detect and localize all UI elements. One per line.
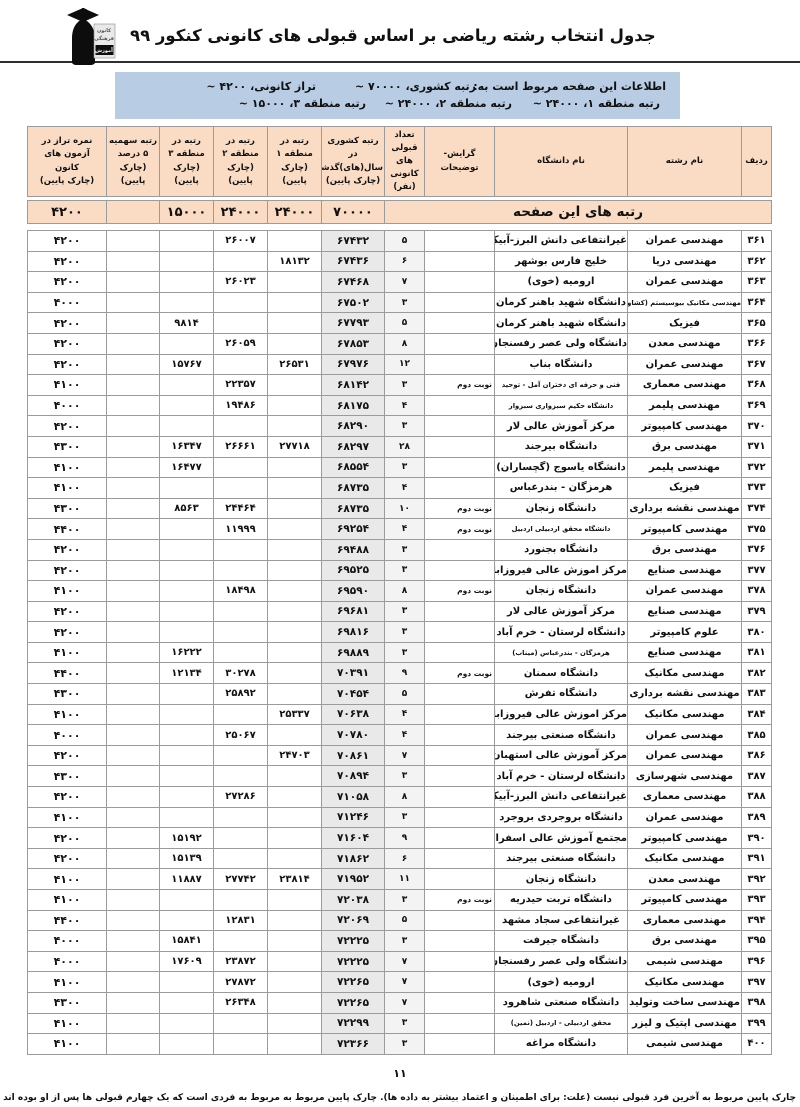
- table-row: ۳۸۱مهندسی صنایعهرمزگان - بندرعباس (میناب…: [28, 642, 772, 663]
- col-header-count: تعداد قبولی های کانونی (نفر): [385, 127, 425, 197]
- cell-region1-rank: ۲۳۸۱۴: [268, 869, 322, 890]
- cell-national-rank: ۷۰۶۳۸: [322, 704, 385, 725]
- cell-major: مهندسی مکانیک: [628, 663, 742, 684]
- cell-row-number: ۳۸۱: [742, 642, 772, 663]
- cell-university: دانشگاه صنعتی بیرجند: [495, 848, 628, 869]
- cell-region1-rank: [268, 1034, 322, 1055]
- cell-region3-rank: [160, 684, 214, 705]
- cell-region1-rank: ۲۶۵۳۱: [268, 354, 322, 375]
- cell-note: [425, 972, 495, 993]
- cell-major: فیزیک: [628, 478, 742, 499]
- kanoon-logo-icon: كانون فرهنگی آموزش: [63, 4, 119, 68]
- cell-note: [425, 1034, 495, 1055]
- cell-count: ۶: [385, 848, 425, 869]
- cell-row-number: ۳۶۳: [742, 272, 772, 293]
- cell-major: مهندسی برق: [628, 931, 742, 952]
- cell-score: ۴۳۰۰: [28, 766, 107, 787]
- cell-university: دانشگاه جیرفت: [495, 931, 628, 952]
- table-row: ۳۹۶مهندسی شیمیدانشگاه ولی عصر رفسنجان۷۷۲…: [28, 951, 772, 972]
- cell-region1-rank: [268, 910, 322, 931]
- cell-region3-rank: [160, 622, 214, 643]
- table-row: ۳۶۷مهندسی عمراندانشگاه بناب۱۲۶۷۹۷۶۲۶۵۳۱۱…: [28, 354, 772, 375]
- table-row: ۳۹۸مهندسی ساخت وتولیددانشگاه صنعتی شاهرو…: [28, 992, 772, 1013]
- cell-count: ۴: [385, 704, 425, 725]
- table-row: ۳۹۴مهندسی معماریغیرانتفاعی سجاد مشهد۵۷۲۰…: [28, 910, 772, 931]
- cell-university: خلیج فارس بوشهر: [495, 251, 628, 272]
- cell-national-rank: ۶۷۴۶۸: [322, 272, 385, 293]
- cell-note: [425, 704, 495, 725]
- cell-note: [425, 807, 495, 828]
- cell-major: مهندسی کامپیوتر: [628, 519, 742, 540]
- cell-quota5-rank: [107, 684, 160, 705]
- page-title: جدول انتخاب رشته ریاضی بر اساس قبولی های…: [130, 26, 770, 45]
- cell-count: ۳: [385, 1034, 425, 1055]
- cell-major: مهندسی معماری: [628, 787, 742, 808]
- cell-quota5-rank: [107, 951, 160, 972]
- cell-row-number: ۳۹۲: [742, 869, 772, 890]
- cell-university: غیرانتفاعی دانش البرز-آبیک: [495, 231, 628, 252]
- cell-note: نوبت دوم: [425, 581, 495, 602]
- cell-score: ۴۱۰۰: [28, 457, 107, 478]
- cell-note: [425, 745, 495, 766]
- cell-region2-rank: [214, 601, 268, 622]
- cell-quota5-rank: [107, 828, 160, 849]
- cell-national-rank: ۶۷۸۵۳: [322, 333, 385, 354]
- cell-university: دانشگاه بیرجند: [495, 436, 628, 457]
- cell-major: مهندسی صنایع: [628, 560, 742, 581]
- cell-region1-rank: [268, 272, 322, 293]
- cell-note: نوبت دوم: [425, 663, 495, 684]
- cell-count: ۳: [385, 416, 425, 437]
- cell-university: مرکز آموزش عالی لار: [495, 416, 628, 437]
- cell-region3-rank: [160, 519, 214, 540]
- cell-major: مهندسی شهرسازی: [628, 766, 742, 787]
- column-header-row: ردیف نام رشته نام دانشگاه گرایش-توضیحات …: [28, 127, 772, 197]
- cell-major: مهندسی پلیمر: [628, 457, 742, 478]
- cell-university: دانشگاه زنجان: [495, 581, 628, 602]
- cell-note: [425, 931, 495, 952]
- cell-region3-rank: [160, 539, 214, 560]
- cell-quota5-rank: [107, 519, 160, 540]
- cell-university: دانشگاه زنجان: [495, 869, 628, 890]
- page-header: كانون فرهنگی آموزش جدول انتخاب رشته ریاض…: [0, 0, 800, 63]
- cell-national-rank: ۶۸۲۹۰: [322, 416, 385, 437]
- cell-national-rank: ۷۰۸۶۱: [322, 745, 385, 766]
- cell-region3-rank: ۱۵۱۳۹: [160, 848, 214, 869]
- cell-score: ۴۱۰۰: [28, 807, 107, 828]
- cell-row-number: ۳۷۲: [742, 457, 772, 478]
- cell-region1-rank: [268, 787, 322, 808]
- cell-quota5-rank: [107, 972, 160, 993]
- cell-national-rank: ۷۰۸۹۴: [322, 766, 385, 787]
- footer-note: چارک پایین مربوط به آخرین فرد قبولی نیست…: [4, 1093, 796, 1103]
- cell-quota5-rank: [107, 992, 160, 1013]
- cell-region3-rank: [160, 704, 214, 725]
- cell-national-rank: ۶۹۸۱۶: [322, 622, 385, 643]
- info-national-rank: رتبه کشوری، ۷۰۰۰۰ ~: [316, 80, 476, 93]
- cell-count: ۵: [385, 910, 425, 931]
- cell-national-rank: ۷۲۰۳۸: [322, 890, 385, 911]
- cell-university: دانشگاه بناب: [495, 354, 628, 375]
- cell-region3-rank: [160, 787, 214, 808]
- cell-region1-rank: [268, 395, 322, 416]
- table-row: ۳۹۱مهندسی مکانیکدانشگاه صنعتی بیرجند۶۷۱۸…: [28, 848, 772, 869]
- cell-region3-rank: [160, 766, 214, 787]
- cell-region1-rank: [268, 498, 322, 519]
- cell-quota5-rank: [107, 539, 160, 560]
- cell-region2-rank: [214, 313, 268, 334]
- cell-note: [425, 910, 495, 931]
- cell-region3-rank: ۱۲۱۳۴: [160, 663, 214, 684]
- cell-university: مرکز آموزش عالی استهبان: [495, 745, 628, 766]
- cell-major: مهندسی صنایع: [628, 642, 742, 663]
- cell-region2-rank: ۲۶۰۰۷: [214, 231, 268, 252]
- cell-region1-rank: [268, 848, 322, 869]
- cell-region2-rank: [214, 416, 268, 437]
- col-header-region2: رتبه در منطقه ۲ (چارک پایین): [214, 127, 268, 197]
- info-row-1: اطلاعات این صفحه مربوط است به: رتبه کشور…: [123, 78, 666, 95]
- col-header-national: رتبه کشوری در سال(های)گذشته (چارک پایین): [322, 127, 385, 197]
- cell-national-rank: ۶۷۹۷۶: [322, 354, 385, 375]
- cell-national-rank: ۶۹۶۸۱: [322, 601, 385, 622]
- cell-region1-rank: [268, 951, 322, 972]
- cell-region2-rank: ۲۶۰۲۳: [214, 272, 268, 293]
- cell-region2-rank: [214, 828, 268, 849]
- cell-major: مهندسی عمران: [628, 581, 742, 602]
- cell-major: مهندسی معدن: [628, 869, 742, 890]
- cell-row-number: ۳۷۰: [742, 416, 772, 437]
- cell-region3-rank: ۸۵۶۳: [160, 498, 214, 519]
- cell-university: دانشگاه صنعتی بیرجند: [495, 725, 628, 746]
- table-row: ۳۸۰علوم کامپیوتردانشگاه لرستان - خرم آبا…: [28, 622, 772, 643]
- cell-note: [425, 642, 495, 663]
- cell-quota5-rank: [107, 890, 160, 911]
- results-tbody: ۳۶۱مهندسی عمرانغیرانتفاعی دانش البرز-آبی…: [28, 231, 772, 1055]
- cell-count: ۹: [385, 663, 425, 684]
- cell-note: [425, 787, 495, 808]
- table-row: ۳۶۱مهندسی عمرانغیرانتفاعی دانش البرز-آبی…: [28, 231, 772, 252]
- cell-university: دانشگاه یاسوج (گچساران): [495, 457, 628, 478]
- cell-note: [425, 395, 495, 416]
- cell-row-number: ۳۷۹: [742, 601, 772, 622]
- cell-count: ۳: [385, 292, 425, 313]
- cell-national-rank: ۷۲۲۶۵: [322, 972, 385, 993]
- cell-row-number: ۳۶۷: [742, 354, 772, 375]
- cell-university: دانشگاه تفرش: [495, 684, 628, 705]
- cell-region3-rank: [160, 745, 214, 766]
- cell-row-number: ۳۶۴: [742, 292, 772, 313]
- cell-region2-rank: [214, 931, 268, 952]
- cell-region1-rank: [268, 539, 322, 560]
- table-row: ۳۷۱مهندسی برقدانشگاه بیرجند۲۸۶۸۲۹۷۲۷۷۱۸۲…: [28, 436, 772, 457]
- cell-row-number: ۳۸۹: [742, 807, 772, 828]
- cell-region2-rank: [214, 478, 268, 499]
- cell-quota5-rank: [107, 292, 160, 313]
- cell-national-rank: ۷۲۲۹۹: [322, 1013, 385, 1034]
- table-row: ۳۷۵مهندسی کامپیوتردانشگاه محقق اردبیلی ا…: [28, 519, 772, 540]
- cell-row-number: ۳۷۸: [742, 581, 772, 602]
- cell-count: ۳: [385, 375, 425, 396]
- cell-count: ۳: [385, 931, 425, 952]
- cell-region2-rank: ۲۵۰۶۷: [214, 725, 268, 746]
- cell-national-rank: ۷۲۰۶۹: [322, 910, 385, 931]
- cell-national-rank: ۷۲۲۲۵: [322, 931, 385, 952]
- cell-national-rank: ۶۸۲۹۷: [322, 436, 385, 457]
- cell-note: [425, 539, 495, 560]
- cell-national-rank: ۷۱۰۵۸: [322, 787, 385, 808]
- cell-score: ۴۱۰۰: [28, 869, 107, 890]
- cell-university: دانشگاه ولی عصر رفسنجان: [495, 333, 628, 354]
- cell-national-rank: ۶۸۷۳۵: [322, 498, 385, 519]
- info-region3-rank: رتبه منطقه ۳، ۱۵۰۰۰ ~: [216, 97, 366, 110]
- cell-row-number: ۳۸۴: [742, 704, 772, 725]
- cell-region1-rank: [268, 457, 322, 478]
- cell-row-number: ۳۷۴: [742, 498, 772, 519]
- cell-region2-rank: [214, 622, 268, 643]
- cell-region3-rank: [160, 992, 214, 1013]
- cell-score: ۴۲۰۰: [28, 848, 107, 869]
- cell-region3-rank: ۱۷۶۰۹: [160, 951, 214, 972]
- cell-major: مهندسی کامپیوتر: [628, 890, 742, 911]
- cell-region1-rank: [268, 416, 322, 437]
- cell-national-rank: ۶۷۷۹۳: [322, 313, 385, 334]
- cell-quota5-rank: [107, 1034, 160, 1055]
- cell-note: [425, 622, 495, 643]
- table-row: ۳۸۷مهندسی شهرسازیدانشگاه لرستان - خرم آب…: [28, 766, 772, 787]
- cell-major: مهندسی شیمی: [628, 951, 742, 972]
- cell-region1-rank: [268, 684, 322, 705]
- cell-region2-rank: ۱۸۴۹۸: [214, 581, 268, 602]
- cell-major: مهندسی پلیمر: [628, 395, 742, 416]
- cell-region3-rank: ۱۶۳۴۷: [160, 436, 214, 457]
- cell-university: محقق اردبیلی - اردبیل (نمین): [495, 1013, 628, 1034]
- cell-major: مهندسی برق: [628, 539, 742, 560]
- cell-score: ۴۲۰۰: [28, 745, 107, 766]
- cell-note: [425, 848, 495, 869]
- cell-count: ۷: [385, 992, 425, 1013]
- cell-national-rank: ۷۱۶۰۴: [322, 828, 385, 849]
- cell-score: ۴۳۰۰: [28, 498, 107, 519]
- cell-note: [425, 992, 495, 1013]
- cell-row-number: ۳۸۶: [742, 745, 772, 766]
- cell-score: ۴۱۰۰: [28, 890, 107, 911]
- cell-quota5-rank: [107, 498, 160, 519]
- cell-national-rank: ۷۲۲۶۵: [322, 992, 385, 1013]
- cell-score: ۴۲۰۰: [28, 354, 107, 375]
- logo-caption-2: فرهنگی: [94, 35, 114, 42]
- summary-region3: ۱۵۰۰۰: [160, 201, 214, 224]
- cell-count: ۳: [385, 622, 425, 643]
- cell-row-number: ۳۸۸: [742, 787, 772, 808]
- table-row: ۳۸۸مهندسی معماریغیرانتفاعی دانش البرز-آب…: [28, 787, 772, 808]
- cell-count: ۷: [385, 272, 425, 293]
- cell-region3-rank: ۱۶۲۲۲: [160, 642, 214, 663]
- cell-note: [425, 766, 495, 787]
- cell-row-number: ۳۶۲: [742, 251, 772, 272]
- cell-university: مجتمع آموزش عالی اسفراین: [495, 828, 628, 849]
- cell-score: ۴۲۰۰: [28, 622, 107, 643]
- cell-university: مرکز اموزش عالی فیروزاباد: [495, 704, 628, 725]
- cell-score: ۴۱۰۰: [28, 375, 107, 396]
- table-row: ۴۰۰مهندسی شیمیدانشگاه مراغه۳۷۲۳۶۶۴۱۰۰: [28, 1034, 772, 1055]
- cell-quota5-rank: [107, 622, 160, 643]
- cell-major: مهندسی دریا: [628, 251, 742, 272]
- cell-count: ۳: [385, 807, 425, 828]
- cell-region2-rank: ۲۷۷۴۲: [214, 869, 268, 890]
- cell-row-number: ۳۹۵: [742, 931, 772, 952]
- cell-region3-rank: [160, 251, 214, 272]
- cell-note: [425, 292, 495, 313]
- cell-region3-rank: ۱۶۴۷۷: [160, 457, 214, 478]
- cell-major: علوم کامپیوتر: [628, 622, 742, 643]
- cell-row-number: ۳۹۶: [742, 951, 772, 972]
- cell-score: ۴۲۰۰: [28, 560, 107, 581]
- cell-region2-rank: ۱۲۸۳۱: [214, 910, 268, 931]
- summary-quota5: [107, 201, 160, 224]
- table-row: ۳۸۵مهندسی عمراندانشگاه صنعتی بیرجند۴۷۰۷۸…: [28, 725, 772, 746]
- cell-national-rank: ۶۷۴۳۲: [322, 231, 385, 252]
- cell-region3-rank: [160, 375, 214, 396]
- cell-count: ۹: [385, 828, 425, 849]
- cell-region3-rank: [160, 890, 214, 911]
- cell-region1-rank: [268, 725, 322, 746]
- table-row: ۳۷۲مهندسی پلیمردانشگاه یاسوج (گچساران)۳۶…: [28, 457, 772, 478]
- cell-region2-rank: ۲۶۳۴۸: [214, 992, 268, 1013]
- cell-count: ۱۰: [385, 498, 425, 519]
- cell-university: دانشگاه ولی عصر رفسنجان: [495, 951, 628, 972]
- cell-university: دانشگاه شهید باهنر کرمان: [495, 292, 628, 313]
- col-header-score: نمره تراز در آزمون های کانون (چارک پایین…: [28, 127, 107, 197]
- summary-region2: ۲۴۰۰۰: [214, 201, 268, 224]
- cell-university: دانشگاه سمنان: [495, 663, 628, 684]
- cell-score: ۴۲۰۰: [28, 272, 107, 293]
- cell-national-rank: ۷۱۹۵۲: [322, 869, 385, 890]
- cell-university: هرمزگان - بندرعباس (میناب): [495, 642, 628, 663]
- cell-region2-rank: ۲۳۸۷۲: [214, 951, 268, 972]
- cell-score: ۴۲۰۰: [28, 601, 107, 622]
- cell-region2-rank: [214, 848, 268, 869]
- cell-score: ۴۴۰۰: [28, 910, 107, 931]
- cell-region2-rank: [214, 539, 268, 560]
- cell-score: ۴۲۰۰: [28, 251, 107, 272]
- col-header-quota5: رتبه سهمیه ۵ درصد (چارک پایین): [107, 127, 160, 197]
- cell-national-rank: ۷۰۷۸۰: [322, 725, 385, 746]
- cell-count: ۵: [385, 313, 425, 334]
- cell-score: ۴۰۰۰: [28, 395, 107, 416]
- cell-region3-rank: [160, 333, 214, 354]
- cell-region1-rank: [268, 992, 322, 1013]
- cell-region3-rank: ۱۵۱۹۲: [160, 828, 214, 849]
- cell-note: [425, 725, 495, 746]
- cell-region1-rank: [268, 601, 322, 622]
- cell-row-number: ۳۶۹: [742, 395, 772, 416]
- cell-national-rank: ۷۱۲۴۶: [322, 807, 385, 828]
- cell-score: ۴۱۰۰: [28, 581, 107, 602]
- cell-note: [425, 231, 495, 252]
- cell-major: مهندسی کامپیوتر: [628, 828, 742, 849]
- cell-major: مهندسی عمران: [628, 231, 742, 252]
- cell-major: مهندسی معماری: [628, 375, 742, 396]
- cell-row-number: ۳۹۷: [742, 972, 772, 993]
- cell-quota5-rank: [107, 807, 160, 828]
- cell-count: ۳: [385, 601, 425, 622]
- cell-quota5-rank: [107, 581, 160, 602]
- cell-row-number: ۳۶۵: [742, 313, 772, 334]
- cell-row-number: ۳۹۴: [742, 910, 772, 931]
- table-row: ۳۹۹مهندسی اپتیک و لیزرمحقق اردبیلی - ارد…: [28, 1013, 772, 1034]
- summary-region1: ۲۴۰۰۰: [268, 201, 322, 224]
- cell-quota5-rank: [107, 457, 160, 478]
- cell-region2-rank: ۱۹۴۸۶: [214, 395, 268, 416]
- info-box: اطلاعات این صفحه مربوط است به: رتبه کشور…: [115, 72, 680, 119]
- cell-region1-rank: [268, 622, 322, 643]
- cell-university: غیرانتفاعی سجاد مشهد: [495, 910, 628, 931]
- cell-region1-rank: [268, 766, 322, 787]
- cell-quota5-rank: [107, 395, 160, 416]
- cell-quota5-rank: [107, 1013, 160, 1034]
- table-row: ۳۸۳مهندسی نقشه برداریدانشگاه تفرش۵۷۰۴۵۴۲…: [28, 684, 772, 705]
- cell-major: مهندسی مکانیک بیوسیستم (کشاورزی): [628, 292, 742, 313]
- cell-quota5-rank: [107, 333, 160, 354]
- cell-university: دانشگاه بروجردی بروجرد: [495, 807, 628, 828]
- cell-university: ارومیه (خوی): [495, 272, 628, 293]
- cell-university: دانشگاه لرستان - خرم آباد: [495, 622, 628, 643]
- cell-region3-rank: [160, 581, 214, 602]
- cell-quota5-rank: [107, 745, 160, 766]
- cell-region3-rank: ۱۵۷۶۷: [160, 354, 214, 375]
- cell-major: مهندسی مکانیک: [628, 972, 742, 993]
- cell-region2-rank: ۲۴۴۶۴: [214, 498, 268, 519]
- cell-major: مهندسی مکانیک: [628, 704, 742, 725]
- cell-region3-rank: [160, 560, 214, 581]
- cell-quota5-rank: [107, 704, 160, 725]
- table-row: ۳۶۸مهندسی معماریفنی و حرفه ای دختران آمل…: [28, 375, 772, 396]
- cell-count: ۳: [385, 539, 425, 560]
- cell-count: ۸: [385, 333, 425, 354]
- cell-region3-rank: [160, 478, 214, 499]
- cell-quota5-rank: [107, 725, 160, 746]
- table-row: ۳۷۷مهندسی صنایعمرکز اموزش عالی فیروزاباد…: [28, 560, 772, 581]
- cell-university: دانشگاه صنعتی شاهرود: [495, 992, 628, 1013]
- cell-region1-rank: [268, 478, 322, 499]
- cell-national-rank: ۶۹۵۹۰: [322, 581, 385, 602]
- table-row: ۳۶۳مهندسی عمرانارومیه (خوی)۷۶۷۴۶۸۲۶۰۲۳۴۲…: [28, 272, 772, 293]
- cell-region3-rank: [160, 910, 214, 931]
- cell-quota5-rank: [107, 931, 160, 952]
- cell-row-number: ۳۷۷: [742, 560, 772, 581]
- cell-row-number: ۳۸۲: [742, 663, 772, 684]
- table-row: ۳۷۸مهندسی عمراندانشگاه زنجاننوبت دوم۸۶۹۵…: [28, 581, 772, 602]
- cell-national-rank: ۶۸۱۴۲: [322, 375, 385, 396]
- cell-score: ۴۴۰۰: [28, 519, 107, 540]
- cell-note: [425, 416, 495, 437]
- col-header-university: نام دانشگاه: [495, 127, 628, 197]
- cell-note: [425, 436, 495, 457]
- cell-region3-rank: [160, 395, 214, 416]
- cell-major: مهندسی نقشه برداری: [628, 684, 742, 705]
- cell-quota5-rank: [107, 663, 160, 684]
- cell-count: ۷: [385, 745, 425, 766]
- cell-score: ۴۰۰۰: [28, 951, 107, 972]
- page: { "page": { "title": "جدول انتخاب رشته ر…: [0, 0, 800, 1107]
- cell-region3-rank: [160, 292, 214, 313]
- cell-score: ۴۱۰۰: [28, 972, 107, 993]
- cell-region3-rank: ۱۵۸۴۱: [160, 931, 214, 952]
- cell-region1-rank: [268, 828, 322, 849]
- cell-quota5-rank: [107, 601, 160, 622]
- gown-icon: [72, 19, 95, 65]
- cell-score: ۴۰۰۰: [28, 931, 107, 952]
